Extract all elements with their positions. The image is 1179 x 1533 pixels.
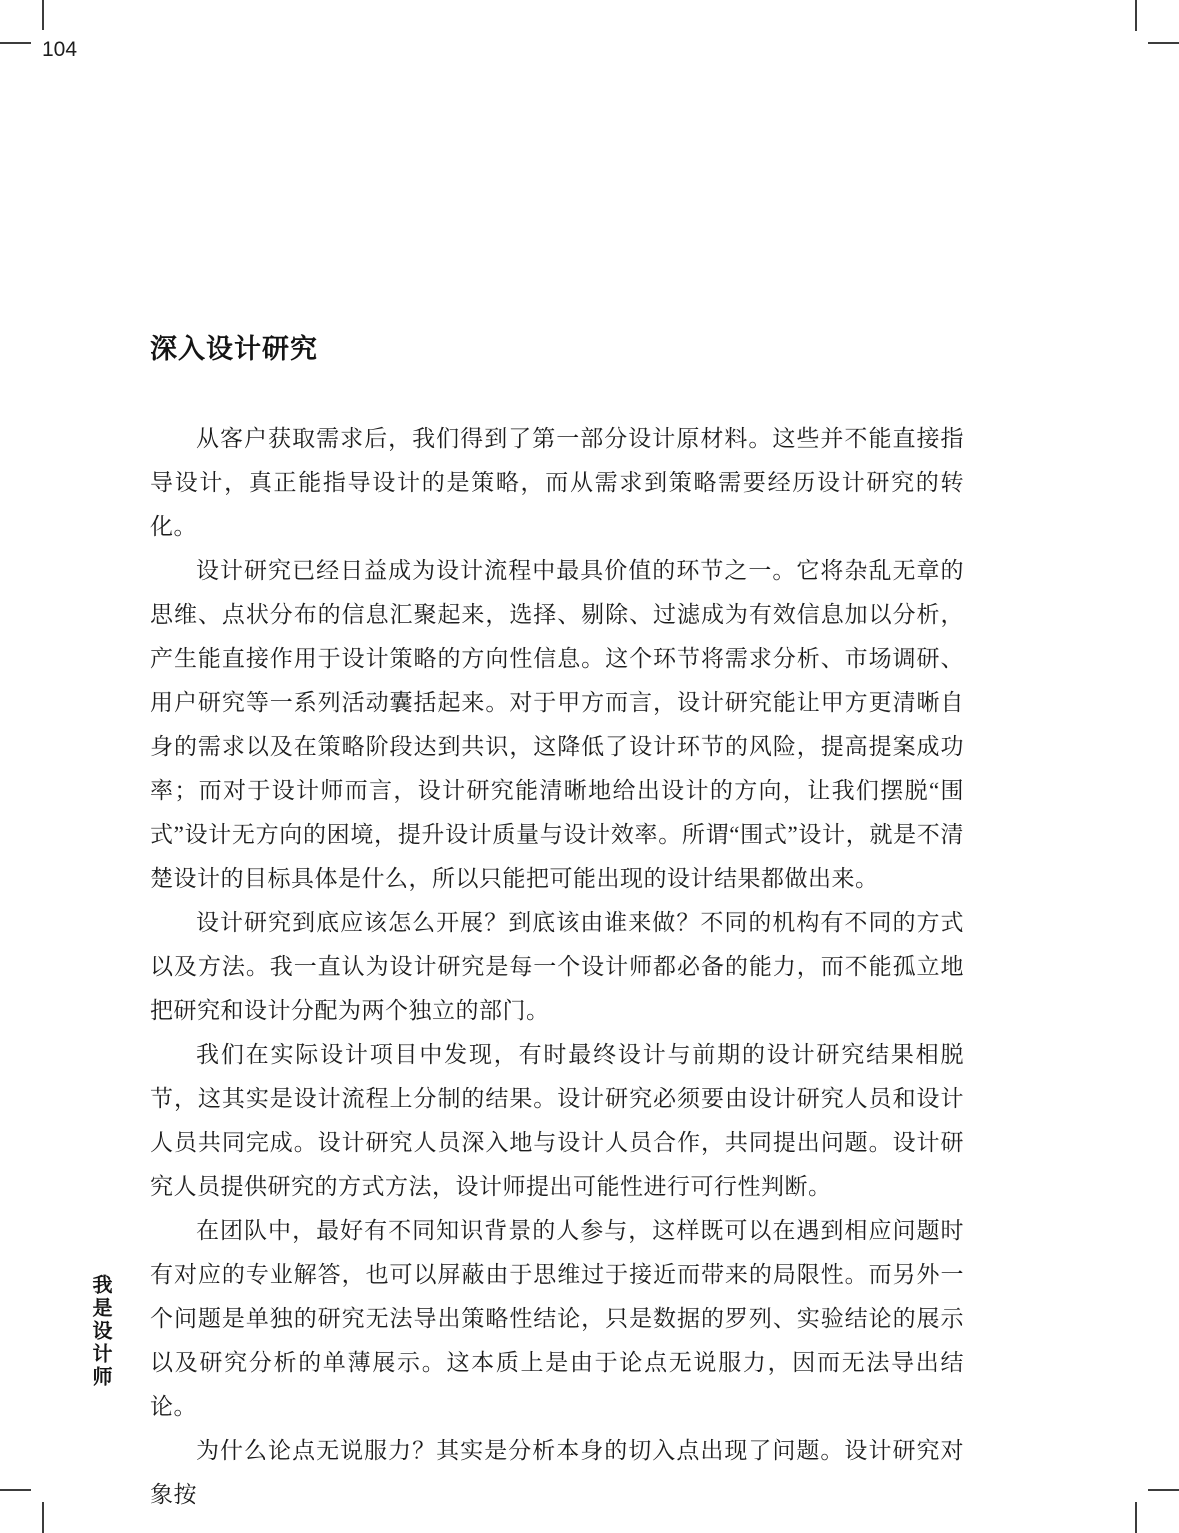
- body-paragraph: 设计研究已经日益成为设计流程中最具价值的环节之一。它将杂乱无章的思维、点状分布的…: [150, 549, 964, 901]
- crop-mark-bottom-right-vertical: [1135, 1502, 1137, 1533]
- crop-mark-top-right-horizontal: [1148, 42, 1179, 44]
- crop-mark-bottom-left-horizontal: [0, 1489, 31, 1491]
- article-title: 深入设计研究: [150, 331, 964, 367]
- article-body: 从客户获取需求后，我们得到了第一部分设计原材料。这些并不能直接指导设计，真正能指…: [150, 417, 964, 1517]
- body-paragraph: 我们在实际设计项目中发现，有时最终设计与前期的设计研究结果相脱节，这其实是设计流…: [150, 1033, 964, 1209]
- page-number: 104: [42, 38, 77, 62]
- book-spine-title: 我是设计师: [86, 1274, 115, 1389]
- crop-mark-bottom-right-horizontal: [1148, 1489, 1179, 1491]
- crop-mark-top-left-horizontal: [0, 42, 31, 44]
- article-content: 深入设计研究 从客户获取需求后，我们得到了第一部分设计原材料。这些并不能直接指导…: [150, 331, 964, 1517]
- body-paragraph: 从客户获取需求后，我们得到了第一部分设计原材料。这些并不能直接指导设计，真正能指…: [150, 417, 964, 549]
- body-paragraph: 在团队中，最好有不同知识背景的人参与，这样既可以在遇到相应问题时有对应的专业解答…: [150, 1209, 964, 1429]
- crop-mark-bottom-left-vertical: [42, 1502, 44, 1533]
- crop-mark-top-left-vertical: [42, 0, 44, 30]
- body-paragraph: 为什么论点无说服力？其实是分析本身的切入点出现了问题。设计研究对象按: [150, 1429, 964, 1517]
- crop-mark-top-right-vertical: [1135, 0, 1137, 31]
- body-paragraph: 设计研究到底应该怎么开展？到底该由谁来做？不同的机构有不同的方式以及方法。我一直…: [150, 901, 964, 1033]
- book-page: 104 我是设计师 深入设计研究 从客户获取需求后，我们得到了第一部分设计原材料…: [0, 0, 1179, 1533]
